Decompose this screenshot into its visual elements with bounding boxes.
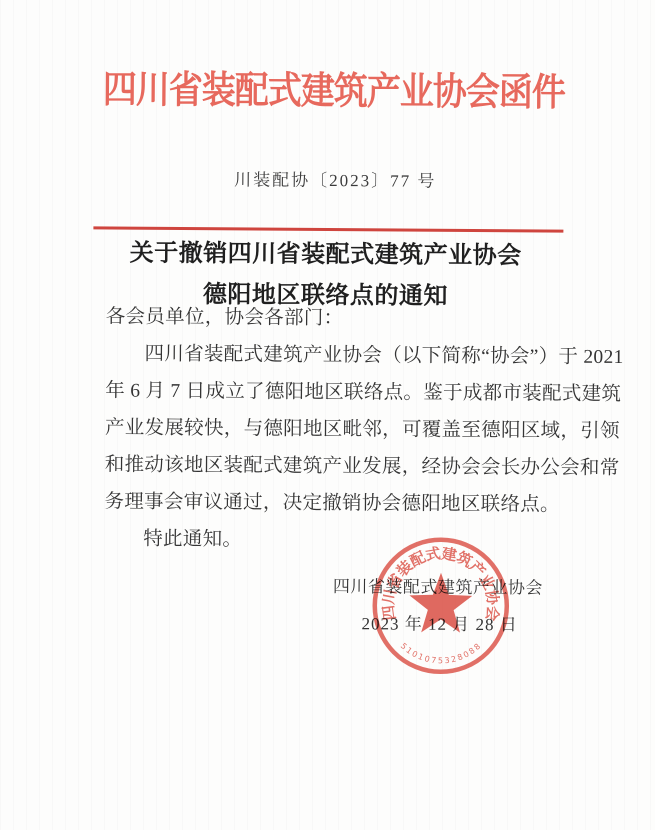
seal-code-digit: 3 [444,656,450,666]
body-line: 产业发展较快，与德阳地区毗邻，可覆盖至德阳区域，引领 [105,409,575,449]
seal-star-icon [409,573,472,633]
seal-arc-char: 式 [424,545,441,564]
seal-code-number: 5101075328088 [399,641,483,665]
seal-graphic: 四川省装配式建筑产业协会 5101075328088 [360,525,521,686]
doc-number: 川装配协〔2023〕77 号 [0,164,654,194]
letterhead-title: 四川省装配式建筑产业协会函件 [0,58,655,117]
seal-arc-char: 会 [482,605,502,622]
body-line: 务理事会审议通过，决定撤销协会德阳地区联络点。 [104,483,574,523]
body-line: 和推动该地区装配式建筑产业发展，经协会会长办公会和常 [105,446,575,486]
body-line: 四川省装配式建筑产业协会（以下简称“协会”）于 2021 [105,335,575,375]
body-paragraphs: 各会员单位，协会各部门：四川省装配式建筑产业协会（以下简称“协会”）于 2021… [104,298,576,560]
red-divider-rule [93,226,563,232]
body-line: 各会员单位，协会各部门： [106,298,576,338]
seal-code-digit: 0 [424,654,431,664]
document-page: 四川省装配式建筑产业协会函件 川装配协〔2023〕77 号 关于撤销四川省装配式… [0,0,655,830]
seal-arc-char: 四 [380,604,399,621]
seal-code-digit: 7 [431,656,437,666]
official-seal: 四川省装配式建筑产业协会 5101075328088 [360,525,521,686]
notice-title-line-1: 关于撤销四川省装配式建筑产业协会 [0,233,653,279]
scanned-sheet: 四川省装配式建筑产业协会函件 川装配协〔2023〕77 号 关于撤销四川省装配式… [0,0,655,830]
body-line: 年 6 月 7 日成立了德阳地区联络点。鉴于成都市装配式建筑 [105,372,575,412]
seal-code-digit: 5 [438,656,443,665]
